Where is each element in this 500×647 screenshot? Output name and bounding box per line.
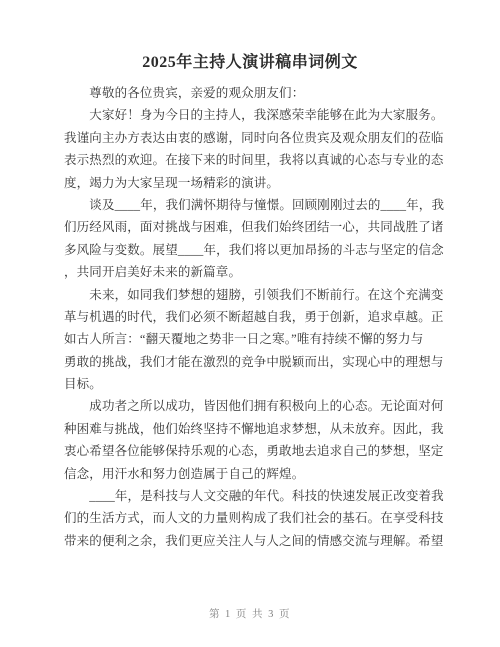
text-line: 信念，用汗水和努力创造属于自己的辉煌。 [64, 463, 442, 485]
text-line: 勇敢的挑战，我们才能在激烈的竞争中脱颖而出，实现心中的理想与 [64, 351, 442, 373]
text-line: ，共同开启美好未来的新篇章。 [64, 261, 442, 283]
document-title: 2025年主持人演讲稿串词例文 [0, 0, 500, 75]
text-line: 大家好！身为今日的主持人，我深感荣幸能够在此为大家服务。 [64, 104, 442, 126]
text-line: 种困难与挑战，他们始终坚持不懈地追求梦想，从未放弃。因此，我 [64, 418, 442, 440]
text-line: 度，竭力为大家呈现一场精彩的演讲。 [64, 172, 442, 194]
text-line: 们的生活方式，而人文的力量则构成了我们社会的基石。在享受科技 [64, 507, 442, 529]
page-number: 第 1 页 共 3 页 [0, 606, 500, 621]
text-line: 革与机遇的时代，我们必须不断超越自我，勇于创新，追求卓越。正 [64, 306, 442, 328]
text-line: 如古人所言：“翻天覆地之势非一日之寒。”唯有持续不懈的努力与 [64, 328, 442, 350]
text-line: 们历经风雨，面对挑战与困难，但我们始终团结一心，共同战胜了诸 [64, 216, 442, 238]
text-line: ____年，是科技与人文交融的年代。科技的快速发展正改变着我 [64, 485, 442, 507]
document-page: 2025年主持人演讲稿串词例文 尊敬的各位贵宾，亲爱的观众朋友们： 大家好！身为… [0, 0, 500, 647]
text-line: 谈及____年，我们满怀期待与憧憬。回顾刚刚过去的____年，我 [64, 194, 442, 216]
text-line: 我谨向主办方表达由衷的感谢，同时向各位贵宾及观众朋友们的莅临 [64, 127, 442, 149]
text-line: 表示热烈的欢迎。在接下来的时间里，我将以真诚的心态与专业的态 [64, 149, 442, 171]
text-line: 未来，如同我们梦想的翅膀，引领我们不断前行。在这个充满变 [64, 284, 442, 306]
text-line: 尊敬的各位贵宾，亲爱的观众朋友们： [64, 82, 442, 104]
text-line: 成功者之所以成功，皆因他们拥有积极向上的心态。无论面对何 [64, 395, 442, 417]
document-body: 尊敬的各位贵宾，亲爱的观众朋友们： 大家好！身为今日的主持人，我深感荣幸能够在此… [64, 82, 442, 552]
text-line: 多风险与变数。展望____年，我们将以更加昂扬的斗志与坚定的信念 [64, 239, 442, 261]
text-line: 目标。 [64, 373, 442, 395]
text-line: 带来的便利之余，我们更应关注人与人之间的情感交流与理解。希望 [64, 530, 442, 552]
text-line: 衷心希望各位能够保持乐观的心态，勇敢地去追求自己的梦想，坚定 [64, 440, 442, 462]
